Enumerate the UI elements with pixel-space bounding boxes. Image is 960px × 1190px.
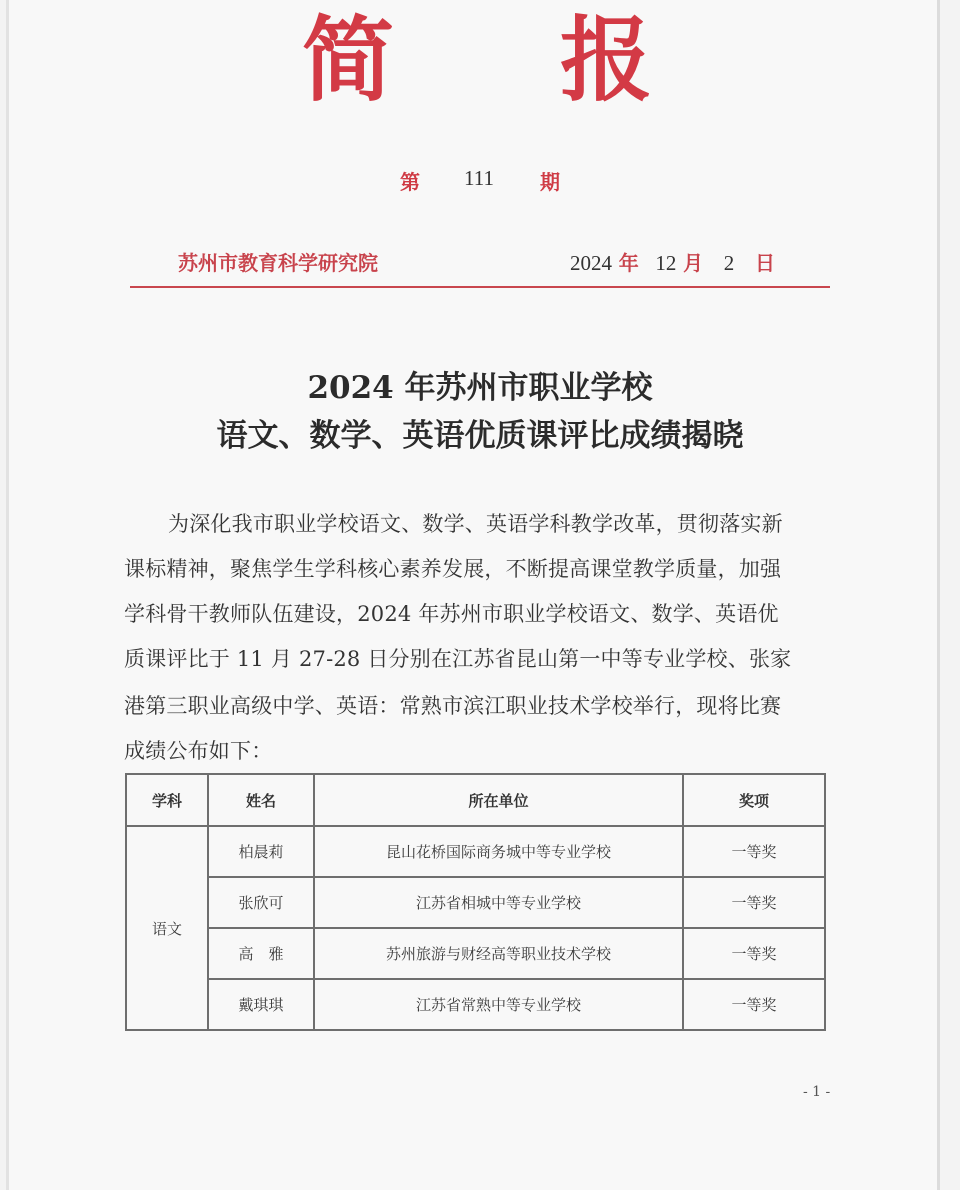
- award-cell: 一等奖: [683, 826, 825, 877]
- date-month: 12: [655, 251, 676, 275]
- table-row: 语文 柏晨莉 昆山花桥国际商务城中等专业学校 一等奖: [126, 826, 825, 877]
- unit-cell: 昆山花桥国际商务城中等专业学校: [314, 826, 683, 877]
- header-award: 奖项: [683, 774, 825, 826]
- masthead-divider: [130, 286, 830, 288]
- unit-cell: 苏州旅游与财经高等职业技术学校: [314, 928, 683, 979]
- name-cell: 戴琪琪: [208, 979, 314, 1030]
- table-row: 高 雅 苏州旅游与财经高等职业技术学校 一等奖: [126, 928, 825, 979]
- award-cell: 一等奖: [683, 877, 825, 928]
- issue-suffix: 期: [540, 166, 560, 195]
- body-line-5: 港第三职业高级中学、英语：常熟市滨江职业技术学校举行，现将比赛: [124, 690, 781, 720]
- publish-date: 2024 年 12 月 2 日: [570, 247, 775, 276]
- date-month-unit: 月: [683, 251, 703, 275]
- article-title-line-1: 2024 年苏州市职业学校: [0, 362, 960, 407]
- date-day-unit: 日: [755, 251, 775, 275]
- header-subject: 学科: [126, 774, 208, 826]
- name-cell: 高 雅: [208, 928, 314, 979]
- header-name: 姓名: [208, 774, 314, 826]
- unit-cell: 江苏省常熟中等专业学校: [314, 979, 683, 1030]
- name-cell: 张欣可: [208, 877, 314, 928]
- award-cell: 一等奖: [683, 979, 825, 1030]
- issue-prefix: 第: [400, 166, 420, 195]
- issue-number: 111: [464, 166, 494, 191]
- body-line-3: 学科骨干教师队伍建设，2024 年苏州市职业学校语文、数学、英语优: [124, 598, 779, 628]
- table-row: 张欣可 江苏省相城中等专业学校 一等奖: [126, 877, 825, 928]
- name-cell: 柏晨莉: [208, 826, 314, 877]
- date-year-unit: 年: [619, 251, 639, 275]
- date-year: 2024: [570, 251, 612, 275]
- body-line-4: 质课评比于 11 月 27-28 日分别在江苏省昆山第一中等专业学校、张家: [124, 643, 791, 673]
- subject-cell: 语文: [126, 826, 208, 1030]
- table-header-row: 学科 姓名 所在单位 奖项: [126, 774, 825, 826]
- page-number: - 1 -: [803, 1084, 830, 1100]
- body-line-1: 为深化我市职业学校语文、数学、英语学科教学改革，贯彻落实新: [168, 508, 783, 538]
- masthead-char-2: 报: [560, 6, 652, 116]
- award-cell: 一等奖: [683, 928, 825, 979]
- masthead-char-1: 简: [302, 6, 394, 116]
- table-row: 戴琪琪 江苏省常熟中等专业学校 一等奖: [126, 979, 825, 1030]
- header-unit: 所在单位: [314, 774, 683, 826]
- publisher: 苏州市教育科学研究院: [178, 247, 378, 276]
- results-table: 学科 姓名 所在单位 奖项 语文 柏晨莉 昆山花桥国际商务城中等专业学校 一等奖…: [125, 773, 826, 1031]
- body-line-2: 课标精神，聚焦学生学科核心素养发展，不断提高课堂教学质量，加强: [124, 553, 781, 583]
- article-title-line-2: 语文、数学、英语优质课评比成绩揭晓: [0, 410, 960, 455]
- date-day: 2: [724, 251, 735, 275]
- body-line-6: 成绩公布如下：: [124, 735, 272, 765]
- unit-cell: 江苏省相城中等专业学校: [314, 877, 683, 928]
